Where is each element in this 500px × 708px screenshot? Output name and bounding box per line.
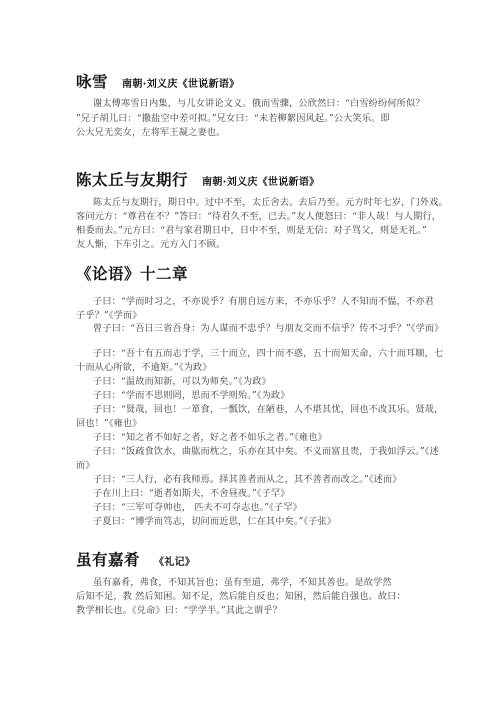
body-line: 十而从心所欲，不逾矩。”《为政》 [76, 362, 212, 374]
body-line: 子曰：“三军可夺帅也， 匹夫不可夺志也。”《子罕》 [93, 502, 302, 514]
body-line: 子在川上曰：“逝者如斯夫，不舍昼夜。”《子罕》 [93, 488, 290, 500]
section-source: 南朝·刘义庆《世说新语》 [202, 177, 319, 188]
body-line: 子曰：“吾十有五而志于学，三十而立，四十而不惑，五十而知天命，六十而耳顺，七 [93, 348, 443, 360]
body-line: 子曰：“知之者不如好之者，好之者不如乐之者。”《雍也》 [93, 432, 327, 444]
body-line: 回也！”《雍也》 [76, 418, 142, 430]
section-title-text: 咏雪 [76, 73, 108, 91]
body-line: ”兄子胡儿曰：“撒盐空中差可拟。”兄女曰：“未若柳絮因风起。”公大笑乐。即 [76, 113, 390, 125]
body-line: 子曰：“贤哉，回也！一箪食，一瓢饮，在陋巷，人不堪其忧，回也不改其乐。贤哉， [93, 404, 443, 416]
body-line: 友人惭，下车引之。元方入门不顾。 [76, 239, 225, 251]
body-line: 虽有嘉肴，弗食，不知其旨也；虽有至道，弗学，不知其善也。是故学然 [93, 577, 392, 589]
section-title-text: 陈太丘与友期行 [76, 171, 188, 189]
body-line: 曾子曰：“吾日三省吾身：为人谋而不忠乎？与朋友交而不信乎？传不习乎？”《学而》 [93, 323, 444, 335]
body-line: 子曰：“三人行，必有我师焉。择其善者而从之，其不善者而改之。”《述而》 [93, 474, 402, 486]
body-line: 后知不足，教 然后知困。知不足，然后能自反也；知困，然后能自强也。故曰： [76, 591, 406, 603]
body-line: 公大兄无奕女，左将军王凝之妻也。 [76, 127, 225, 139]
section-title-lunyu: 《论语》十二章 [76, 262, 188, 284]
body-line: 子曰：“温故而知新，可以为师矣。”《为政》 [93, 376, 271, 388]
section-title-chentaiqiu: 陈太丘与友期行南朝·刘义庆《世说新语》 [76, 168, 319, 190]
section-title-text: 《论语》十二章 [76, 265, 188, 283]
body-line: 子乎？”《学而》 [76, 310, 142, 322]
body-line: 客问元方：“尊君在不？”答曰：“待君久不至，已去。”友人便怒曰：“非人哉！与人期… [76, 211, 441, 223]
body-line: 子曰：“学而不思则罔，思而不学则殆。”《为政》 [93, 390, 290, 402]
document-page: 咏雪南朝·刘义庆《世说新语》 谢太傅寒雪日内集，与儿女讲论文义。俄而雪骤，公欣然… [0, 0, 500, 708]
section-title-yongxue: 咏雪南朝·刘义庆《世说新语》 [76, 70, 239, 92]
body-line: 教学相长也。《兑命》曰：“学学半。”其此之谓乎？ [76, 605, 282, 617]
body-line: 而》 [76, 460, 95, 472]
section-source: 南朝·刘义庆《世说新语》 [122, 79, 239, 90]
body-line: 子曰：“学而时习之，不亦说乎？有朋自远方来，不亦乐乎？人不知而不愠，不亦君 [93, 296, 434, 308]
section-title-text: 虽有嘉肴 [76, 551, 140, 569]
body-line: 相委而去。”元方曰：“君与家君期日中，日中不至，则是无信；对子骂父，则是无礼。” [76, 225, 427, 237]
section-source: 《礼记》 [154, 557, 195, 568]
body-line: 陈太丘与友期行，期日中。过中不至，太丘舍去。去后乃至。元方时年七岁，门外戏。 [93, 197, 448, 209]
body-line: 谢太傅寒雪日内集，与儿女讲论文义。俄而雪骤，公欣然曰：“白雪纷纷何所似？ [93, 98, 425, 110]
body-line: 子夏曰：“博学而笃志，切问而近思，仁在其中矣。”《子张》 [93, 516, 336, 528]
body-line: 子曰：“饭疏食饮水，曲肱而枕之，乐亦在其中矣。不义而富且贵，于我如浮云。”《述 [93, 446, 439, 458]
section-title-suiyoujiayao: 虽有嘉肴《礼记》 [76, 548, 195, 570]
